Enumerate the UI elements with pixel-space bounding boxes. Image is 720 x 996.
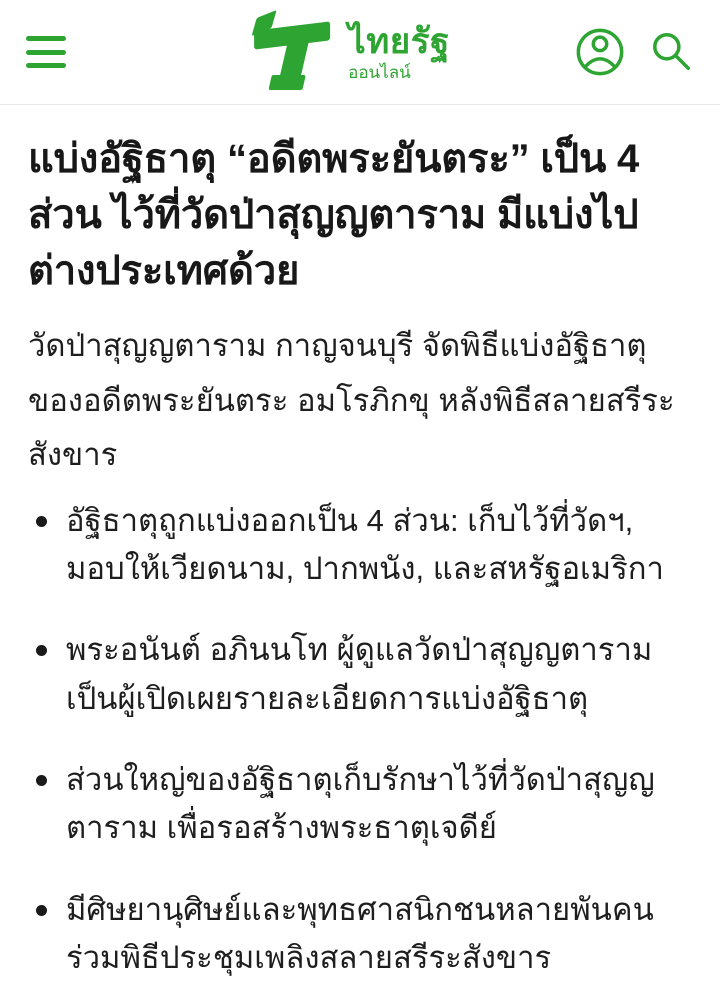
bullet-item: อัฐิธาตุถูกแบ่งออกเป็น 4 ส่วน: เก็บไว้ที… <box>28 497 692 594</box>
article-bullet-list: อัฐิธาตุถูกแบ่งออกเป็น 4 ส่วน: เก็บไว้ที… <box>28 497 692 983</box>
profile-button[interactable] <box>574 26 626 78</box>
article: แบ่งอัฐิธาตุ “อดีตพระยันตระ” เป็น 4 ส่วน… <box>0 105 720 983</box>
bullet-item: มีศิษยานุศิษย์และพุทธศาสนิกชนหลายพันคนร่… <box>28 886 692 983</box>
bullet-text: ส่วนใหญ่ของอัฐิธาตุเก็บรักษาไว้ที่วัดป่า… <box>66 762 655 845</box>
thairath-t-icon <box>250 14 336 90</box>
bullet-text: พระอนันต์ อภินนโท ผู้ดูแลวัดป่าสุญญตาราม… <box>66 632 652 715</box>
bullet-text: อัฐิธาตุถูกแบ่งออกเป็น 4 ส่วน: เก็บไว้ที… <box>66 503 664 586</box>
bullet-text: มีศิษยานุศิษย์และพุทธศาสนิกชนหลายพันคนร่… <box>66 892 654 975</box>
hamburger-icon <box>26 36 66 41</box>
logo-text: ไทยรัฐ ออนไลน์ <box>348 24 450 81</box>
bullet-item: พระอนันต์ อภินนโท ผู้ดูแลวัดป่าสุญญตาราม… <box>28 626 692 723</box>
search-button[interactable] <box>648 29 694 75</box>
hamburger-icon <box>26 63 66 68</box>
hamburger-icon <box>26 50 66 55</box>
profile-icon <box>574 26 626 78</box>
logo-title: ไทยรัฐ <box>348 24 450 59</box>
thairath-logo[interactable]: ไทยรัฐ ออนไลน์ <box>250 14 450 90</box>
article-headline: แบ่งอัฐิธาตุ “อดีตพระยันตระ” เป็น 4 ส่วน… <box>28 131 692 299</box>
logo-subtitle: ออนไลน์ <box>348 64 450 81</box>
page: ไทยรัฐ ออนไลน์ แบ่งอัฐิธาตุ “อดีตพร <box>0 0 720 996</box>
bullet-item: ส่วนใหญ่ของอัฐิธาตุเก็บรักษาไว้ที่วัดป่า… <box>28 756 692 853</box>
app-header: ไทยรัฐ ออนไลน์ <box>0 0 720 104</box>
search-icon <box>648 29 694 75</box>
menu-button[interactable] <box>26 34 70 70</box>
article-lead: วัดป่าสุญญตาราม กาญจนบุรี จัดพิธีแบ่งอัฐ… <box>28 319 692 483</box>
header-actions <box>574 26 694 78</box>
